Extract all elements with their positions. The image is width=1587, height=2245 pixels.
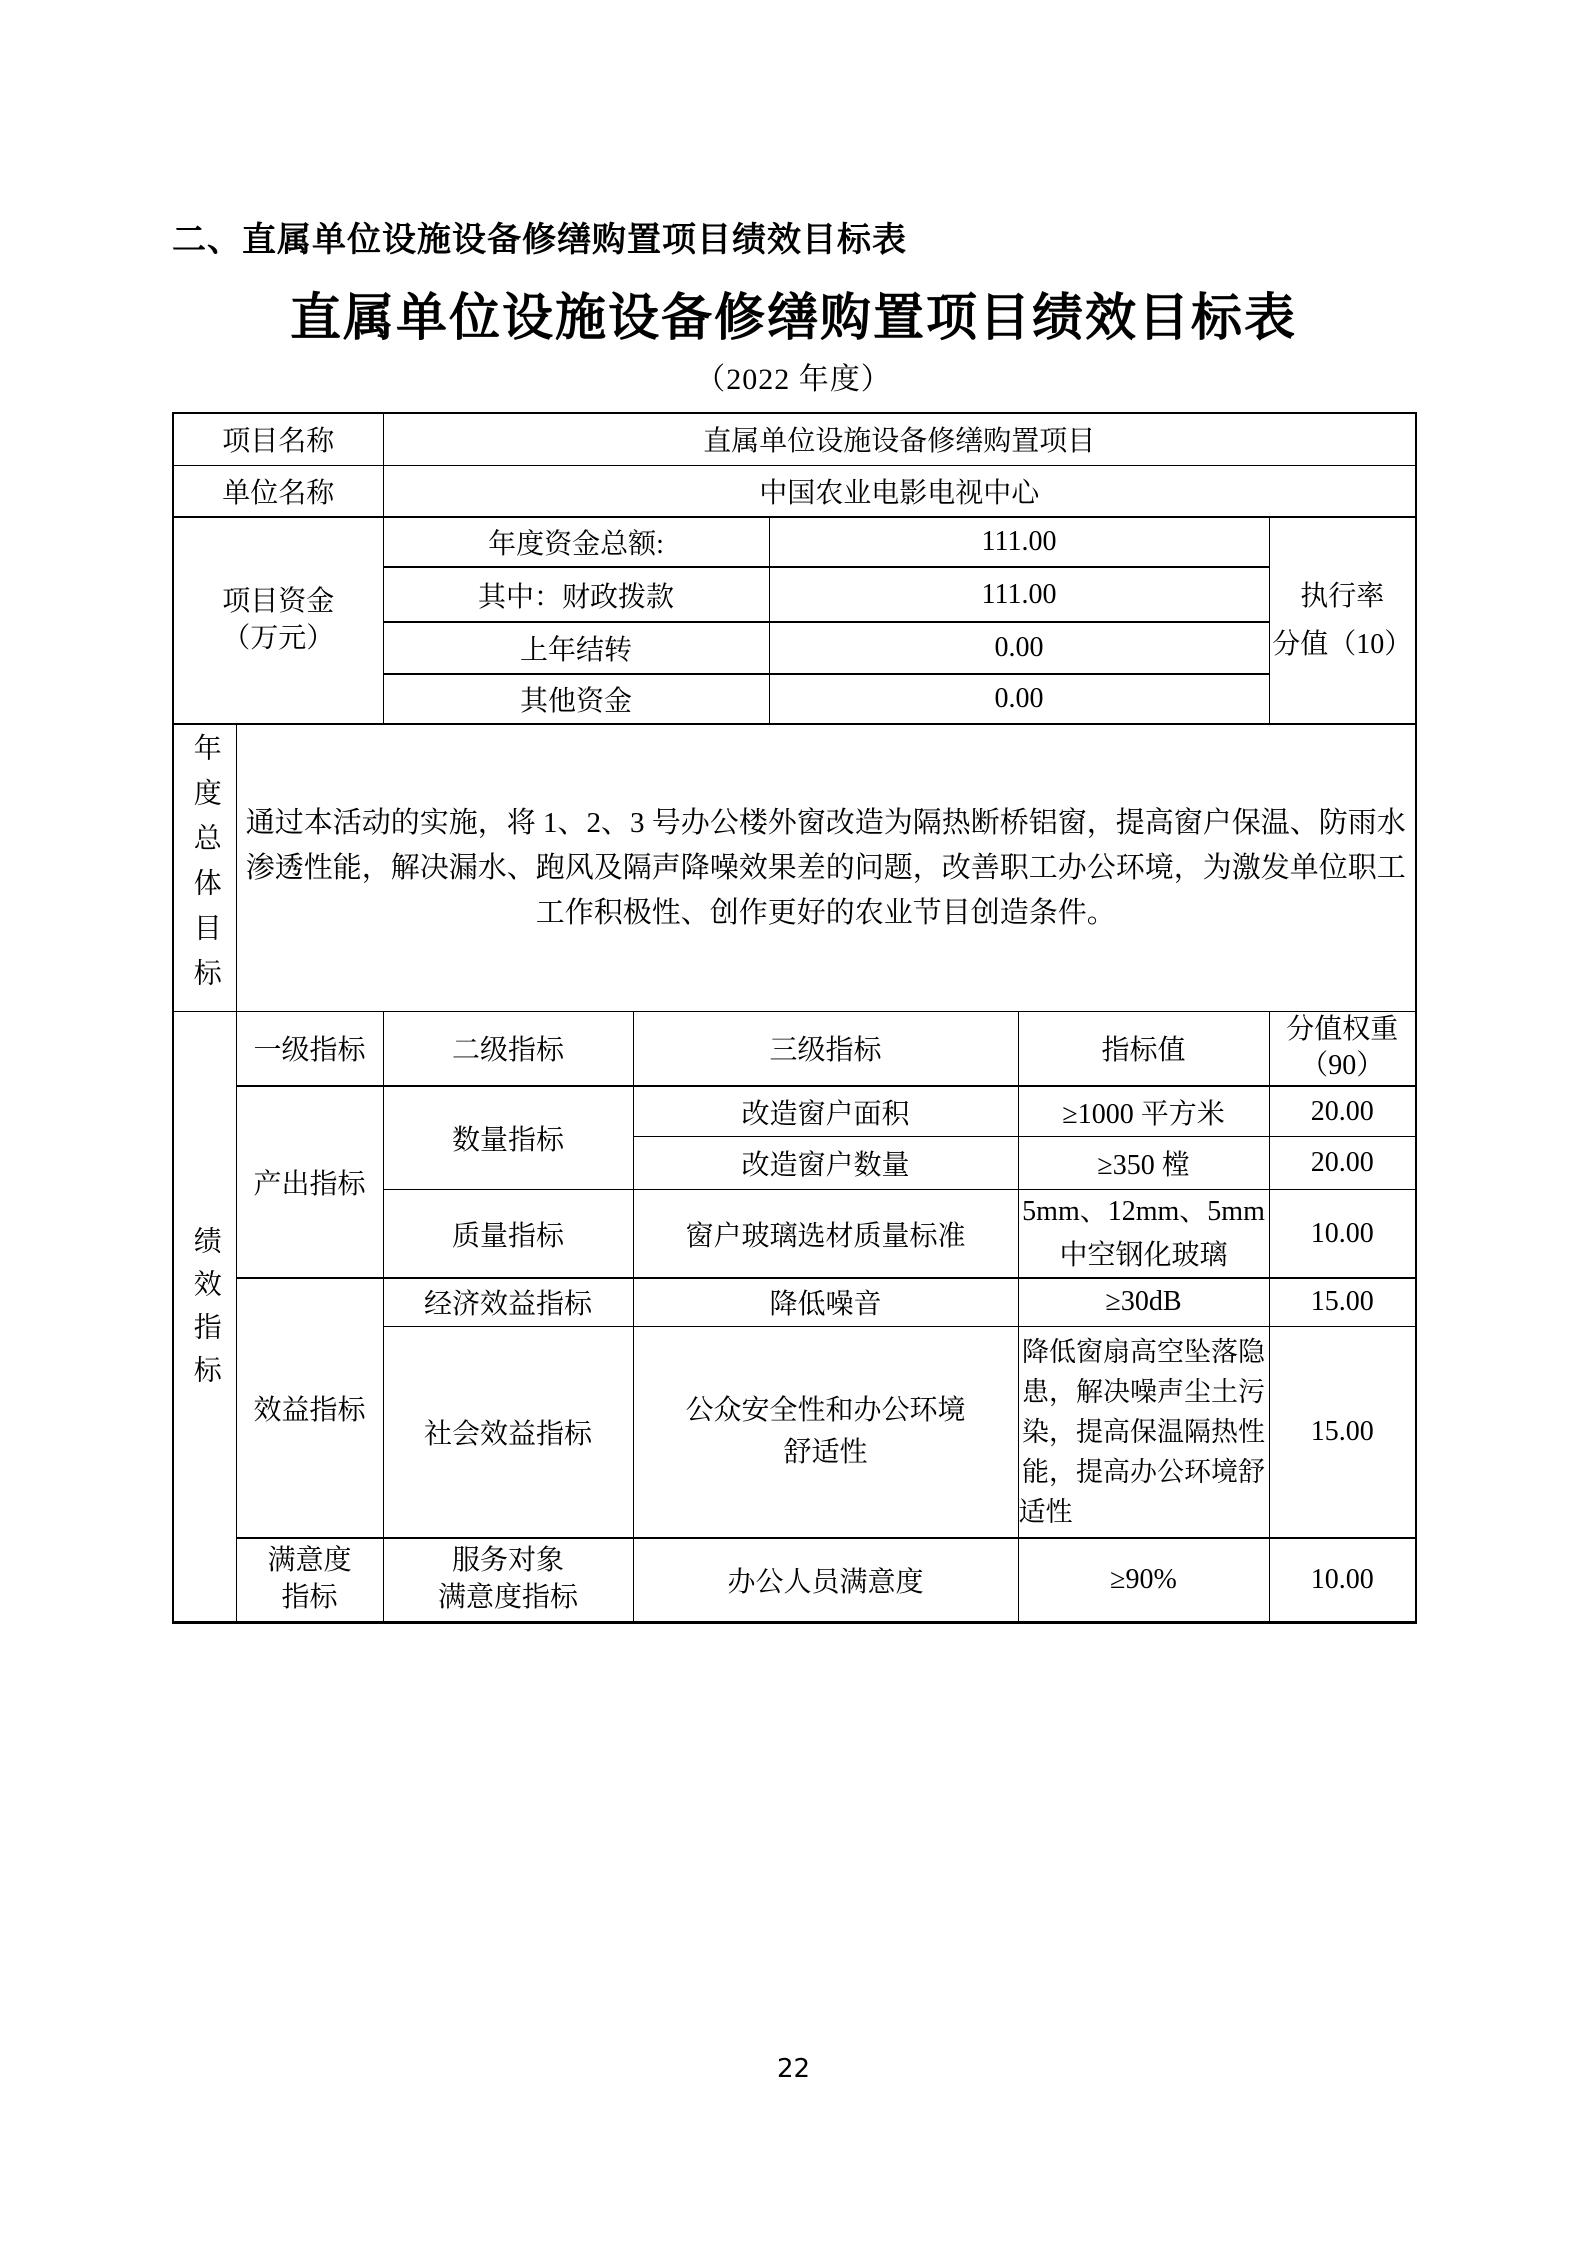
project-name-label: 项目名称: [173, 413, 383, 465]
indicator-score: 20.00: [1269, 1137, 1416, 1190]
performance-indicator-label: 绩效指标: [185, 1226, 225, 1398]
annual-goal-label-cell: 年度总体目标: [173, 724, 236, 1012]
indicator-value: ≥1000 平方米: [1018, 1086, 1269, 1137]
indicator-value: 降低窗扇高空坠落隐患，解决噪声尘土污染，提高保温隔热性能，提高办公环境舒适性: [1018, 1326, 1269, 1538]
indicator-value: ≥350 樘: [1018, 1137, 1269, 1190]
level1-satisfaction-indicator: 满意度 指标: [236, 1538, 383, 1622]
indicator-score: 15.00: [1269, 1326, 1416, 1538]
level2-quality-indicator: 质量指标: [383, 1190, 633, 1278]
funds-label: 项目资金 （万元）: [173, 517, 383, 724]
project-name-value: 直属单位设施设备修缮购置项目: [383, 413, 1416, 465]
indicator-value: 5mm、12mm、5mm 中空钢化玻璃: [1018, 1190, 1269, 1278]
table-row: 产出指标 数量指标 改造窗户面积 ≥1000 平方米 20.00: [173, 1086, 1416, 1137]
level1-benefit-indicator: 效益指标: [236, 1278, 383, 1538]
table-row: 效益指标 经济效益指标 降低噪音 ≥30dB 15.00: [173, 1278, 1416, 1326]
execution-rate-label: 执行率 分值（10）: [1269, 517, 1416, 724]
funds-row-value: 0.00: [769, 674, 1269, 724]
header-score-weight: 分值权重 （90）: [1269, 1012, 1416, 1086]
unit-name-label: 单位名称: [173, 465, 383, 517]
header-level3: 三级指标: [633, 1012, 1018, 1086]
annual-goal-label: 年度总体目标: [185, 725, 225, 1003]
indicator-score: 20.00: [1269, 1086, 1416, 1137]
funds-row-value: 111.00: [769, 567, 1269, 622]
indicator-score: 10.00: [1269, 1190, 1416, 1278]
level1-output-indicator: 产出指标: [236, 1086, 383, 1278]
funds-row-label: 年度资金总额:: [383, 517, 769, 567]
page-number: 22: [0, 2054, 1587, 2084]
table-row: 满意度 指标 服务对象 满意度指标 办公人员满意度 ≥90% 10.00: [173, 1538, 1416, 1622]
performance-indicator-label-cell: 绩效指标: [173, 1012, 236, 1623]
page-subtitle: （2022 年度）: [0, 354, 1587, 398]
table-row: 年度总体目标 通过本活动的实施，将 1、2、3 号办公楼外窗改造为隔热断桥铝窗，…: [173, 724, 1416, 1012]
unit-name-value: 中国农业电影电视中心: [383, 465, 1416, 517]
table-row: 项目资金 （万元） 年度资金总额: 111.00 执行率 分值（10）: [173, 517, 1416, 567]
funds-row-label: 上年结转: [383, 622, 769, 674]
header-level2: 二级指标: [383, 1012, 633, 1086]
table-row: 项目名称 直属单位设施设备修缮购置项目: [173, 413, 1416, 465]
level3-indicator: 降低噪音: [633, 1278, 1018, 1326]
document-page: 二、直属单位设施设备修缮购置项目绩效目标表 直属单位设施设备修缮购置项目绩效目标…: [0, 0, 1587, 2245]
funds-row-value: 0.00: [769, 622, 1269, 674]
table-row: 单位名称 中国农业电影电视中心: [173, 465, 1416, 517]
indicator-score: 10.00: [1269, 1538, 1416, 1622]
level2-quantity-indicator: 数量指标: [383, 1086, 633, 1190]
level2-service-target-indicator: 服务对象 满意度指标: [383, 1538, 633, 1622]
indicator-score: 15.00: [1269, 1278, 1416, 1326]
section-heading: 二、直属单位设施设备修缮购置项目绩效目标表: [172, 212, 907, 261]
header-value: 指标值: [1018, 1012, 1269, 1086]
annual-goal-text: 通过本活动的实施，将 1、2、3 号办公楼外窗改造为隔热断桥铝窗，提高窗户保温、…: [236, 724, 1416, 1012]
funds-row-label: 其他资金: [383, 674, 769, 724]
funds-row-label: 其中：财政拨款: [383, 567, 769, 622]
level2-social-indicator: 社会效益指标: [383, 1326, 633, 1538]
level3-indicator: 办公人员满意度: [633, 1538, 1018, 1622]
indicator-value: ≥30dB: [1018, 1278, 1269, 1326]
level3-indicator: 公众安全性和办公环境 舒适性: [633, 1326, 1018, 1538]
funds-row-value: 111.00: [769, 517, 1269, 567]
level3-indicator: 窗户玻璃选材质量标准: [633, 1190, 1018, 1278]
page-title: 直属单位设施设备修缮购置项目绩效目标表: [0, 276, 1587, 350]
performance-target-table: 项目名称 直属单位设施设备修缮购置项目 单位名称 中国农业电影电视中心 项目资金…: [172, 412, 1417, 1624]
level2-economic-indicator: 经济效益指标: [383, 1278, 633, 1326]
table-row: 绩效指标 一级指标 二级指标 三级指标 指标值 分值权重 （90）: [173, 1012, 1416, 1086]
level3-indicator: 改造窗户面积: [633, 1086, 1018, 1137]
header-level1: 一级指标: [236, 1012, 383, 1086]
level3-indicator: 改造窗户数量: [633, 1137, 1018, 1190]
indicator-value: ≥90%: [1018, 1538, 1269, 1622]
